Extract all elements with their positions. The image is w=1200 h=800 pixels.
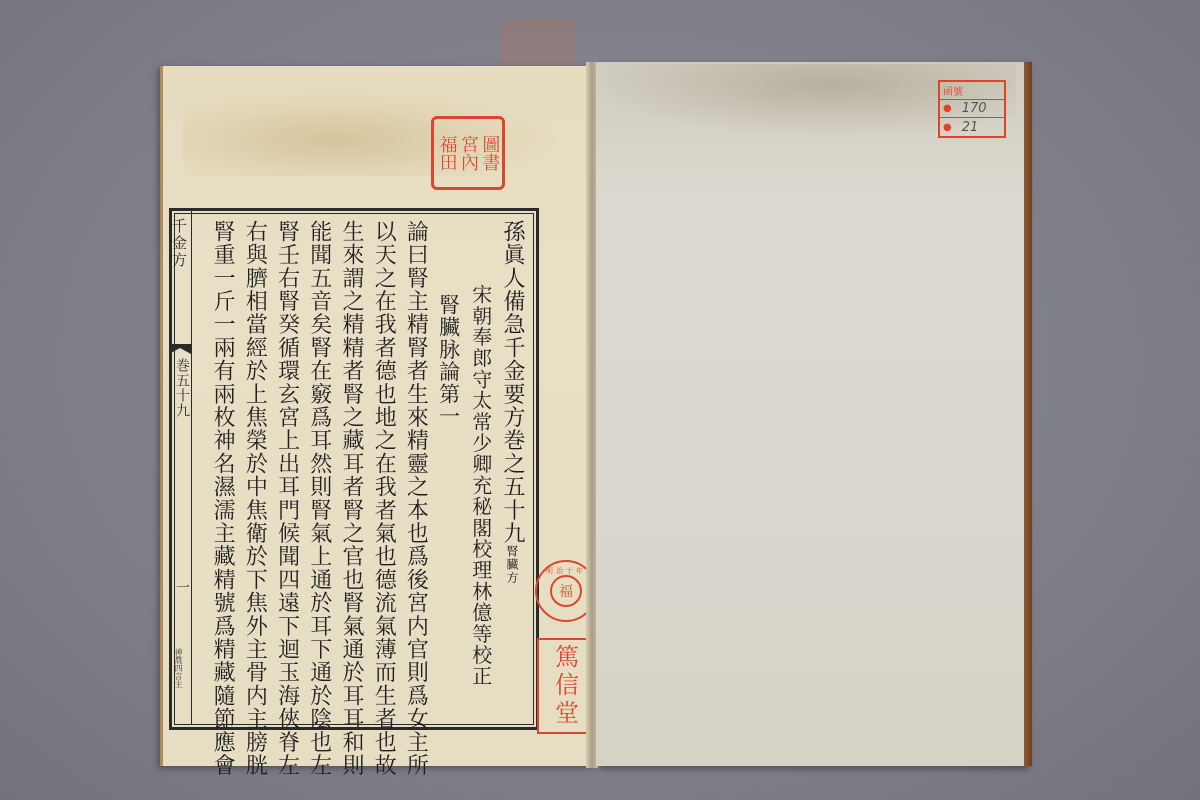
block-center-margin: 千金方 巻五十九 一 神農四言主 xyxy=(169,208,192,724)
square-collector-seal: 福田 宮內 圖書 xyxy=(431,116,505,190)
chapter-title-column: 腎臟脉論第一 xyxy=(426,214,458,720)
text-column: 論曰腎主精腎者生來精靈之本也爲後宮内官則爲女主所 xyxy=(394,214,426,720)
book-spread: 福田 宮內 圖書 千金方 巻五十九 一 神農四言主 孫眞人備急千金要方巻之五十九… xyxy=(160,62,1032,770)
stamp-header: 函號 xyxy=(940,82,1004,100)
heading-suffix: 腎臟方 xyxy=(505,545,519,585)
text-column: 能聞五音矣腎在竅爲耳然則腎氣上通於耳下通於陰也左 xyxy=(298,214,330,720)
tall-seal: 篤信堂 xyxy=(537,638,593,734)
text-column: 右與臍相當經於上焦榮於中焦衛於下焦外主骨内主膀胱 xyxy=(233,214,265,720)
text-column: 腎重一斤一兩有兩枚神名濕濡主藏精號爲精藏隨節應會 xyxy=(201,214,233,720)
margin-title: 千金方 xyxy=(172,218,190,269)
round-seal-center: 福 xyxy=(550,575,582,607)
book-title-column: 孫眞人備急千金要方巻之五十九腎臟方 xyxy=(491,214,523,720)
left-page: 福田 宮內 圖書 千金方 巻五十九 一 神農四言主 孫眞人備急千金要方巻之五十九… xyxy=(160,66,595,766)
call-number-1: 170 xyxy=(962,101,987,116)
book-fore-edge xyxy=(1024,62,1032,766)
stamp-row-2: ●21 xyxy=(940,118,1004,136)
stamp-row-1: ●170 xyxy=(940,100,1004,118)
text-column: 腎壬右腎癸循環玄宮上出耳門候聞四遠下迴玉海俠脊左 xyxy=(265,214,297,720)
margin-footer: 神農四言主 xyxy=(173,648,184,688)
library-call-number-stamp: 函號 ●170 ●21 xyxy=(938,80,1006,138)
margin-page-number: 一 xyxy=(172,580,192,594)
text-block: 孫眞人備急千金要方巻之五十九腎臟方 宋朝奉郎守太常少卿充秘閣校理林億等校正 腎臟… xyxy=(195,214,529,720)
seal-char-col: 福田 xyxy=(438,135,456,171)
text-column: 以天之在我者德也地之在我者氣也德流氣薄而生者也故 xyxy=(362,214,394,720)
fishtail-mark xyxy=(169,344,191,354)
margin-volume: 巻五十九 xyxy=(172,358,192,418)
call-number-2: 21 xyxy=(962,120,979,135)
right-page-flyleaf: 函號 ●170 ●21 xyxy=(596,62,1026,766)
water-stain xyxy=(183,86,563,176)
text-column: 生來謂之精精者腎之藏耳者腎之官也腎氣通於耳耳和則 xyxy=(330,214,362,720)
editor-credit-column: 宋朝奉郎守太常少卿充秘閣校理林億等校正 xyxy=(459,214,491,720)
seal-char-col: 圖書 xyxy=(480,135,498,171)
seal-char-col: 宮內 xyxy=(459,135,477,171)
